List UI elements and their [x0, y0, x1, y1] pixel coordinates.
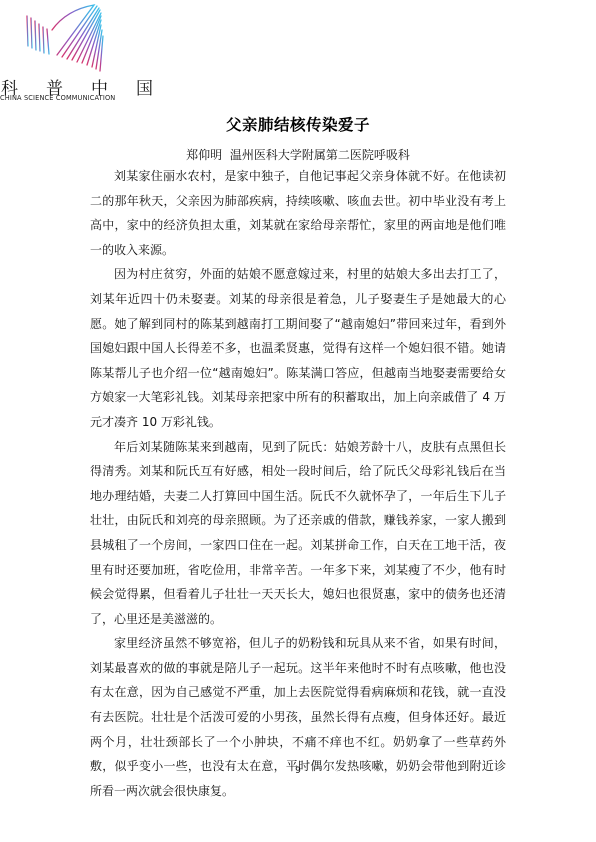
article-title: 父亲肺结核传染爱子 — [0, 113, 596, 135]
logo-english-text: CHINA SCIENCE COMMUNICATION — [0, 94, 115, 102]
logo-wave-icon — [22, 2, 122, 74]
paragraph: 年后刘某随陈某来到越南，见到了阮氏：姑娘芳龄十八，皮肤有点黑但长得清秀。刘某和阮… — [90, 435, 506, 632]
paragraph: 家里经济虽然不够宽裕，但儿子的奶粉钱和玩具从来不省，如果有时间，刘某最喜欢的做的… — [90, 631, 506, 803]
article-body: 刘某家住丽水农村，是家中独子，自他记事起父亲身体就不好。在他读初二的那年秋天，父… — [90, 164, 506, 803]
logo-china-science-communication: 科 普 中 国 CHINA SCIENCE COMMUNICATION — [0, 0, 160, 105]
byline: 郑仰明 温州医科大学附属第二医院呼吸科 — [0, 146, 596, 163]
author-name: 郑仰明 — [186, 148, 222, 162]
paragraph: 刘某家住丽水农村，是家中独子，自他记事起父亲身体就不好。在他读初二的那年秋天，父… — [90, 164, 506, 262]
logo-char: 国 — [136, 74, 153, 99]
page-number: 9 — [0, 766, 596, 776]
paragraph: 因为村庄贫穷，外面的姑娘不愿意嫁过来，村里的姑娘大多出去打工了，刘某年近四十仍未… — [90, 262, 506, 434]
author-affiliation: 温州医科大学附属第二医院呼吸科 — [230, 148, 410, 162]
